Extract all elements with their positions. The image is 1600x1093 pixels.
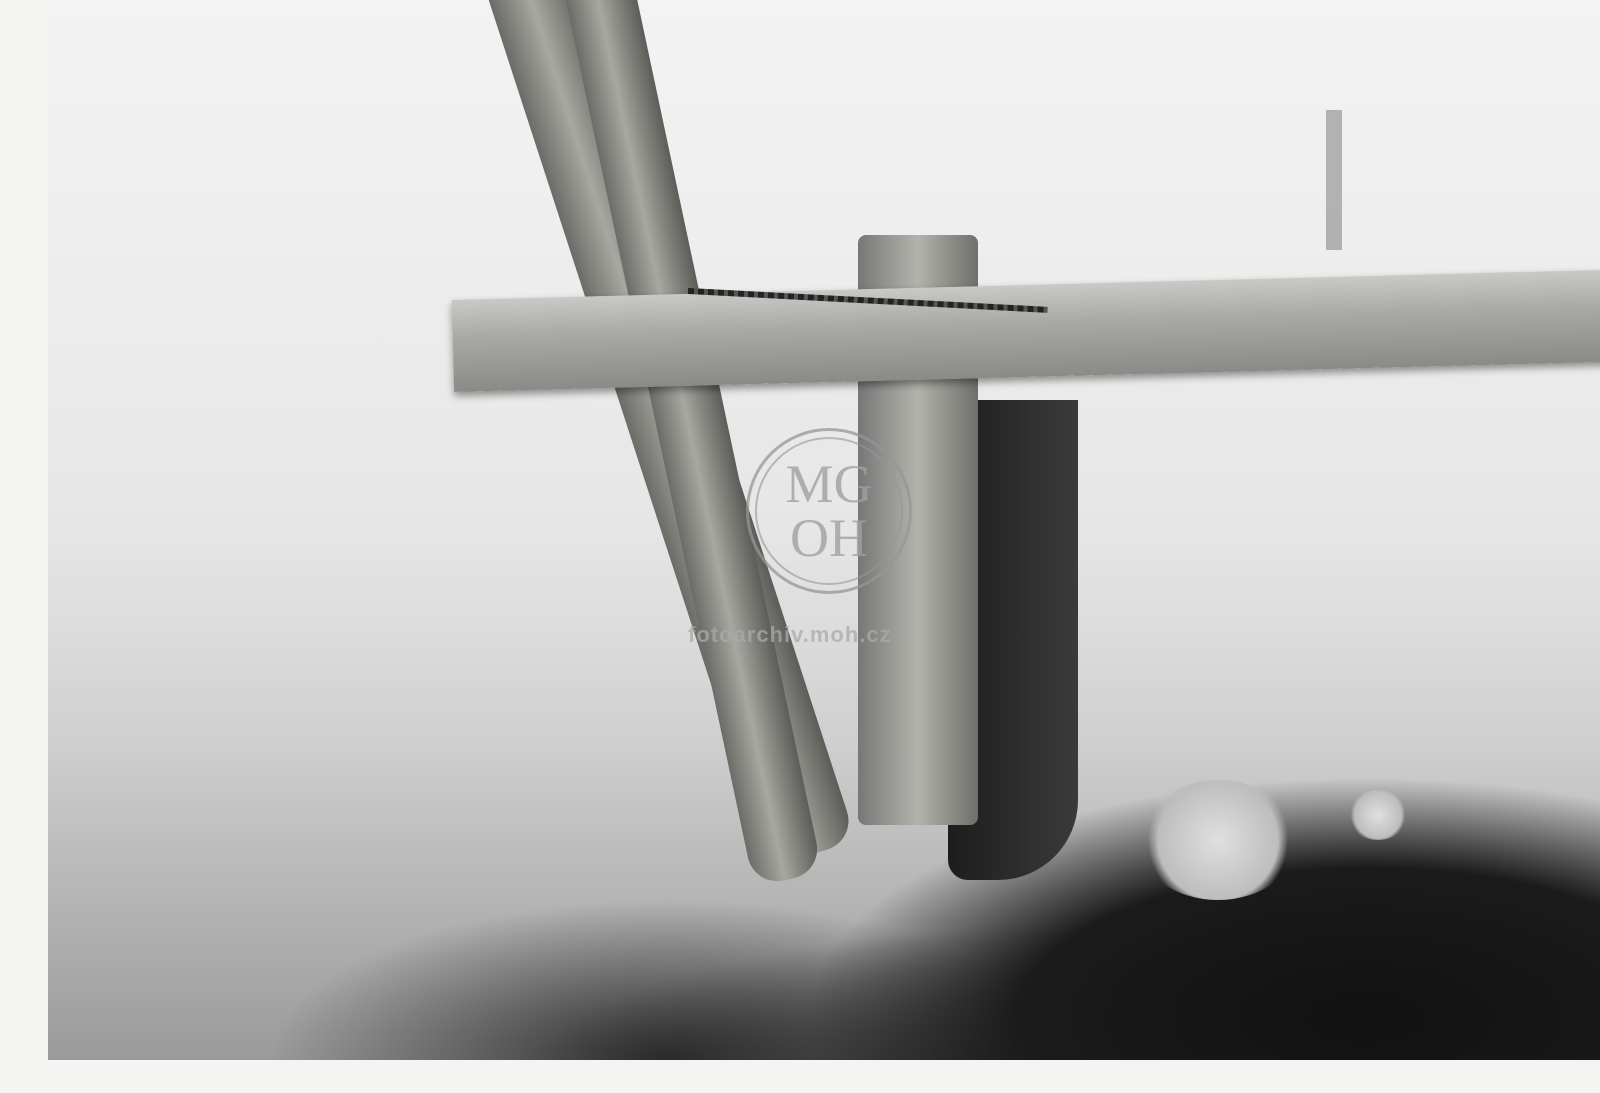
snow-patch [1138,780,1298,900]
snow-patch [1348,790,1408,840]
distant-fence-post [1326,110,1342,250]
watermark-text: fotoarchiv.moh.cz [688,622,892,648]
watermark-logo-line1: MG [785,457,872,511]
photograph: MG OH fotoarchiv.moh.cz [48,0,1600,1060]
watermark-logo-line2: OH [790,511,868,565]
watermark-logo: MG OH [746,428,912,594]
